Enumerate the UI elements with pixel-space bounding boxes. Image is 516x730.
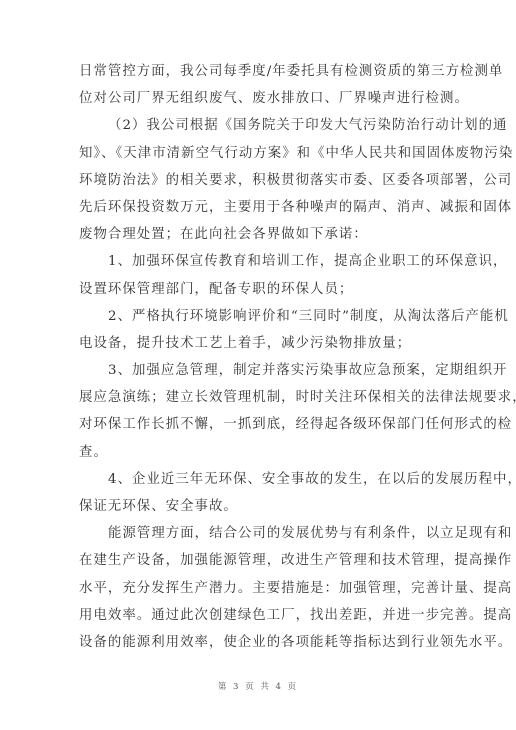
- energy-management-paragraph: 能源管理方面，结合公司的发展优势与有利条件，以立足现有和: [79, 520, 441, 547]
- text-line: 位对公司厂界无组织废气、废水排放口、厂界噪声进行检测。: [79, 85, 441, 112]
- text-line: 在建生产设备，加强能源管理，改进生产管理和技术管理，提高操作: [79, 547, 441, 574]
- text-line: 环境防治法》的相关要求，积极贯彻落实市委、区委各项部署，公司: [79, 167, 441, 194]
- document-page: 日常管控方面，我公司每季度/年委托具有检测资质的第三方检测单 位对公司厂界无组织…: [0, 0, 516, 730]
- text-line: 电设备，提升技术工艺上着手，减少污染物排放量；: [79, 330, 441, 357]
- commitment-item-3: 3、加强应急管理，制定并落实污染事故应急预案，定期组织开: [79, 357, 441, 384]
- text-line: 保证无环保、安全事故。: [79, 493, 441, 520]
- text-line: 对环保工作长抓不懈，一抓到底，经得起各级环保部门任何形式的检: [79, 411, 441, 438]
- text-line: 设置环保管理部门，配备专职的环保人员；: [79, 276, 441, 303]
- text-line: 日常管控方面，我公司每季度/年委托具有检测资质的第三方检测单: [79, 58, 441, 85]
- text-line: 展应急演练；建立长效管理机制，时时关注环保相关的法律法规要求，: [79, 384, 441, 411]
- text-line: 废物合理处置；在此向社会各界做如下承诺：: [79, 221, 441, 248]
- commitment-item-2: 2、严格执行环境影响评价和“三同时”制度，从淘汰落后产能机: [79, 303, 441, 330]
- text-line: 知》、《天津市清新空气行动方案》和《中华人民共和国固体废物污染: [79, 140, 441, 167]
- document-body: 日常管控方面，我公司每季度/年委托具有检测资质的第三方检测单 位对公司厂界无组织…: [79, 58, 441, 656]
- commitment-item-1: 1、加强环保宣传教育和培训工作，提高企业职工的环保意识，: [79, 248, 441, 275]
- text-line: 设备的能源利用效率，使企业的各项能耗等指标达到行业领先水平。: [79, 629, 441, 656]
- text-line: 先后环保投资数万元，主要用于各种噪声的隔声、消声、减振和固体: [79, 194, 441, 221]
- text-line: 水平，充分发挥生产潜力。主要措施是：加强管理，完善计量、提高: [79, 575, 441, 602]
- text-line: 用电效率。通过此次创建绿色工厂，找出差距，并进一步完善。提高: [79, 602, 441, 629]
- text-line: 查。: [79, 439, 441, 466]
- paragraph-2-start: （2）我公司根据《国务院关于印发大气污染防治行动计划的通: [79, 112, 441, 139]
- commitment-item-4: 4、企业近三年无环保、安全事故的发生，在以后的发展历程中，: [79, 466, 441, 493]
- page-number-footer: 第 3 页 共 4 页: [0, 680, 516, 692]
